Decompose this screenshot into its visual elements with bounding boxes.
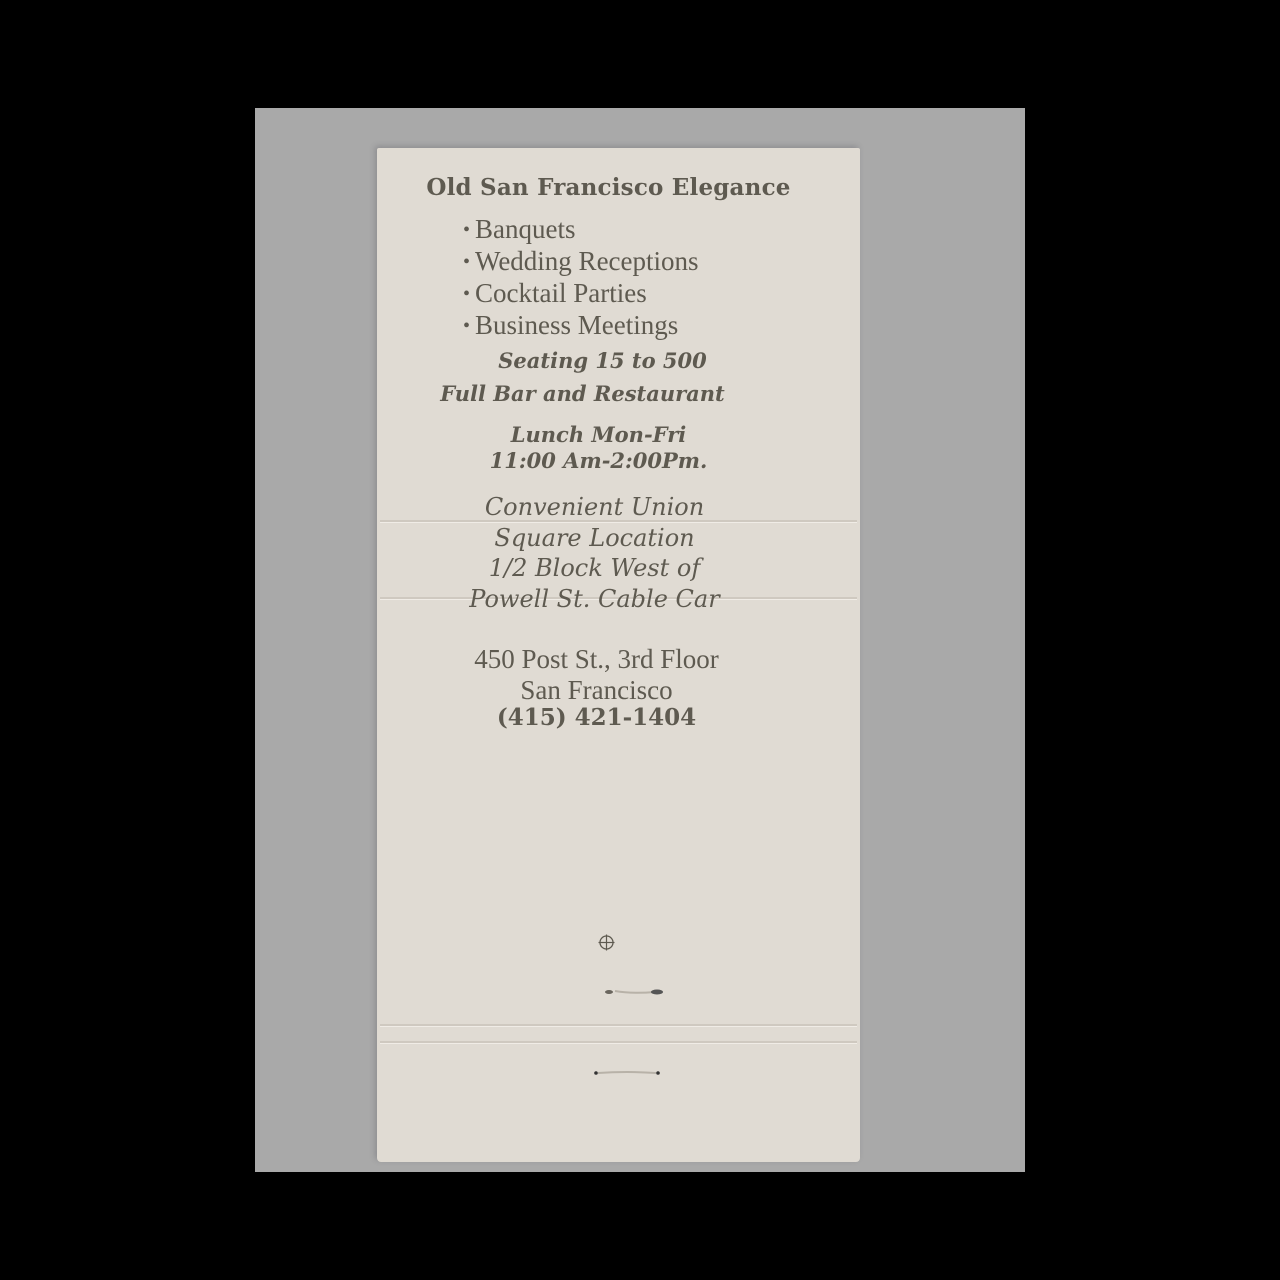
service-item: •Banquets [463, 214, 699, 246]
matchbook-cover: Old San Francisco Elegance •Banquets •We… [377, 148, 860, 1162]
lunch-days: Lunch Mon-Fri [357, 422, 840, 447]
phone-number: (415) 421-1404 [355, 704, 838, 731]
location-description: Convenient Union Square Location 1/2 Blo… [353, 492, 836, 614]
address: 450 Post St., 3rd Floor San Francisco [355, 644, 838, 706]
striker-fold-line [380, 1024, 857, 1027]
amenities: Full Bar and Restaurant [341, 381, 824, 406]
service-item: •Cocktail Parties [463, 278, 699, 310]
staple-hole-icon [597, 988, 667, 996]
service-item: •Business Meetings [463, 310, 699, 342]
lunch-hours: 11:00 Am-2:00Pm. [357, 448, 840, 473]
matchbook-title: Old San Francisco Elegance [367, 174, 850, 201]
services-list: •Banquets •Wedding Receptions •Cocktail … [463, 214, 699, 342]
striker-fold-line [380, 1041, 857, 1044]
seating-capacity: Seating 15 to 500 [361, 348, 844, 373]
service-item: •Wedding Receptions [463, 246, 699, 278]
staple-icon [592, 1070, 662, 1076]
registration-mark-icon [598, 934, 615, 951]
